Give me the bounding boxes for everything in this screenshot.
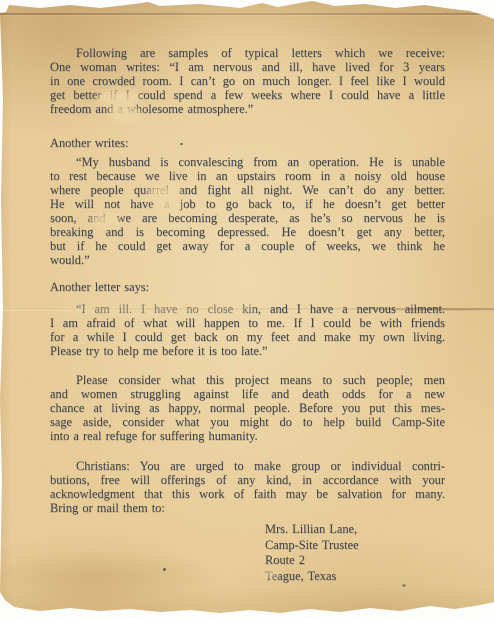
paragraph-please-consider: Please consider what this project means … <box>50 373 445 443</box>
text-line: into a real refuge for suffering humanit… <box>50 429 445 443</box>
text-line: would.” <box>50 253 445 267</box>
text-line: Teague, Texas <box>265 569 435 585</box>
text-line: for a while I could get back on my feet … <box>50 330 445 344</box>
text-line: soon, and we are becoming desperate, as … <box>50 211 445 225</box>
text-line: Mrs. Lillian Lane, <box>265 522 435 538</box>
text-line: to rest because we live in an upstairs r… <box>50 169 445 183</box>
text-line: and women struggling against life and de… <box>50 387 445 401</box>
paragraph-letter-samples: Following are samples of typical letters… <box>50 46 445 116</box>
text-line: acknowledgment that this work of faith m… <box>50 487 445 501</box>
text-line: Please try to help me before it is too l… <box>50 344 445 358</box>
text-line: in one crowded room. I can’t go on much … <box>50 74 445 88</box>
scanner-background: Following are samples of typical letters… <box>0 0 494 619</box>
text-line: but if he could get away for a couple of… <box>50 239 445 253</box>
heading-another-writes: Another writes: <box>50 136 445 150</box>
text-line: One woman writes: “I am nervous and ill,… <box>50 60 445 74</box>
text-line: where people quarrel and fight all night… <box>50 183 445 197</box>
text-line: freedom and a wholesome atmosphere.” <box>50 102 445 116</box>
letter-page: Following are samples of typical letters… <box>0 0 494 619</box>
text-line: “I am ill. I have no close kin, and I ha… <box>50 302 445 316</box>
text-line: Route 2 <box>265 553 435 569</box>
mailing-address-block: Mrs. Lillian Lane,Camp-Site TrusteeRoute… <box>265 522 435 584</box>
text-line: Following are samples of typical letters… <box>50 46 445 60</box>
heading-another-letter-says: Another letter says: <box>50 280 445 294</box>
text-line: get better if I could spend a few weeks … <box>50 88 445 102</box>
paragraph-christians-appeal: Christians: You are urged to make group … <box>50 459 445 515</box>
text-line: sage aside, consider what you might do t… <box>50 415 445 429</box>
text-line: Camp-Site Trustee <box>265 538 435 554</box>
text-line: He will not have a job to go back to, if… <box>50 197 445 211</box>
text-line: breaking and is becoming depressed. He d… <box>50 225 445 239</box>
paragraph-husband-letter: “My husband is convalescing from an oper… <box>50 155 445 267</box>
text-line: “My husband is convalescing from an oper… <box>50 155 445 169</box>
text-line: Please consider what this project means … <box>50 373 445 387</box>
letter-content: Following are samples of typical letters… <box>50 0 445 619</box>
text-line: butions, free will offerings of any kind… <box>50 473 445 487</box>
paragraph-ill-letter: “I am ill. I have no close kin, and I ha… <box>50 302 445 358</box>
text-line: Christians: You are urged to make group … <box>50 459 445 473</box>
text-line: chance at living as happy, normal people… <box>50 401 445 415</box>
text-line: I am afraid of what will happen to me. I… <box>50 316 445 330</box>
text-line: Bring or mail them to: <box>50 501 445 515</box>
